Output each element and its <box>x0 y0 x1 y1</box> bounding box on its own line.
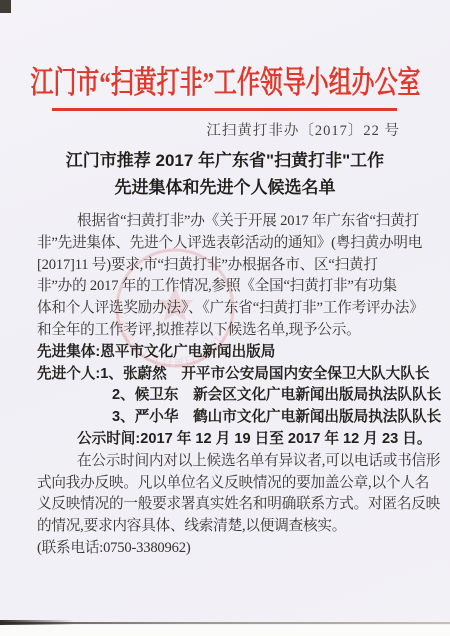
body-line: 非”办的 2017 年的工作情况,参照《全国“扫黄打非”有功集 <box>37 276 419 298</box>
contact-phone-line: (联系电话:0750-3380962) <box>37 538 419 560</box>
document-title-line2: 先进集体和先进个人候选名单 <box>0 173 450 198</box>
scan-corner-artifact <box>0 0 11 13</box>
body-line: 体和个人评选奖励办法》、《广东省“扫黄打非”工作考评办法》 <box>37 298 419 320</box>
issuing-agency-title: 江门市“扫黄打非”工作领导小组办公室 <box>30 57 420 102</box>
document-number: 江扫黄打非办〔2017〕22 号 <box>206 119 400 140</box>
body-line: [2017]11 号)要求,市“扫黄打非”办根据各市、区“扫黄打 <box>37 255 419 277</box>
advanced-individual-line-2: 2、候卫东 新会区文化广电新闻出版局执法队队长 <box>37 385 419 407</box>
advanced-individual-line-3: 3、严小华 鹤山市文化广电新闻出版局执法队队长 <box>37 407 419 429</box>
document-title-line1: 江门市推荐 2017 年广东省"扫黄打非"工作 <box>0 146 450 171</box>
body-line: 根据省“扫黄打非”办《关于开展 2017 年广东省“扫黄打 <box>37 211 419 233</box>
scanned-document-page: 江门市“扫黄打非”工作领导小组办公室 江扫黄打非办〔2017〕22 号 江门市推… <box>0 0 450 636</box>
publicity-period-line: 公示时间:2017 年 12 月 19 日至 2017 年 12 月 23 日。 <box>37 429 419 451</box>
header-divider-rule <box>52 108 397 111</box>
body-line: 非”先进集体、先进个人评选表彰活动的通知》(粤扫黄办明电 <box>37 233 419 255</box>
document-red-header: 江门市“扫黄打非”工作领导小组办公室 <box>0 56 450 102</box>
document-body: 根据省“扫黄打非”办《关于开展 2017 年广东省“扫黄打 非”先进集体、先进个… <box>37 211 419 560</box>
body-line: 的情况,要求内容具体、线索清楚,以便调查核实。 <box>37 516 419 538</box>
body-line: 和全年的工作考评,拟推荐以下候选名单,现予公示。 <box>37 320 419 342</box>
scanner-background <box>0 625 450 636</box>
body-line: 义反映情况的一般要求署真实姓名和明确联系方式。对匿名反映 <box>37 494 419 516</box>
body-line: 在公示时间内对以上候选名单有异议者,可以电话或书信形 <box>37 451 419 473</box>
body-line: 式向我办反映。凡以单位名义反映情况的要加盖公章,以个人名 <box>37 473 419 495</box>
advanced-individual-line-1: 先进个人:1、张蔚然 开平市公安局国内安全保卫大队大队长 <box>37 364 419 386</box>
advanced-collective-line: 先进集体:恩平市文化广电新闻出版局 <box>37 342 419 364</box>
